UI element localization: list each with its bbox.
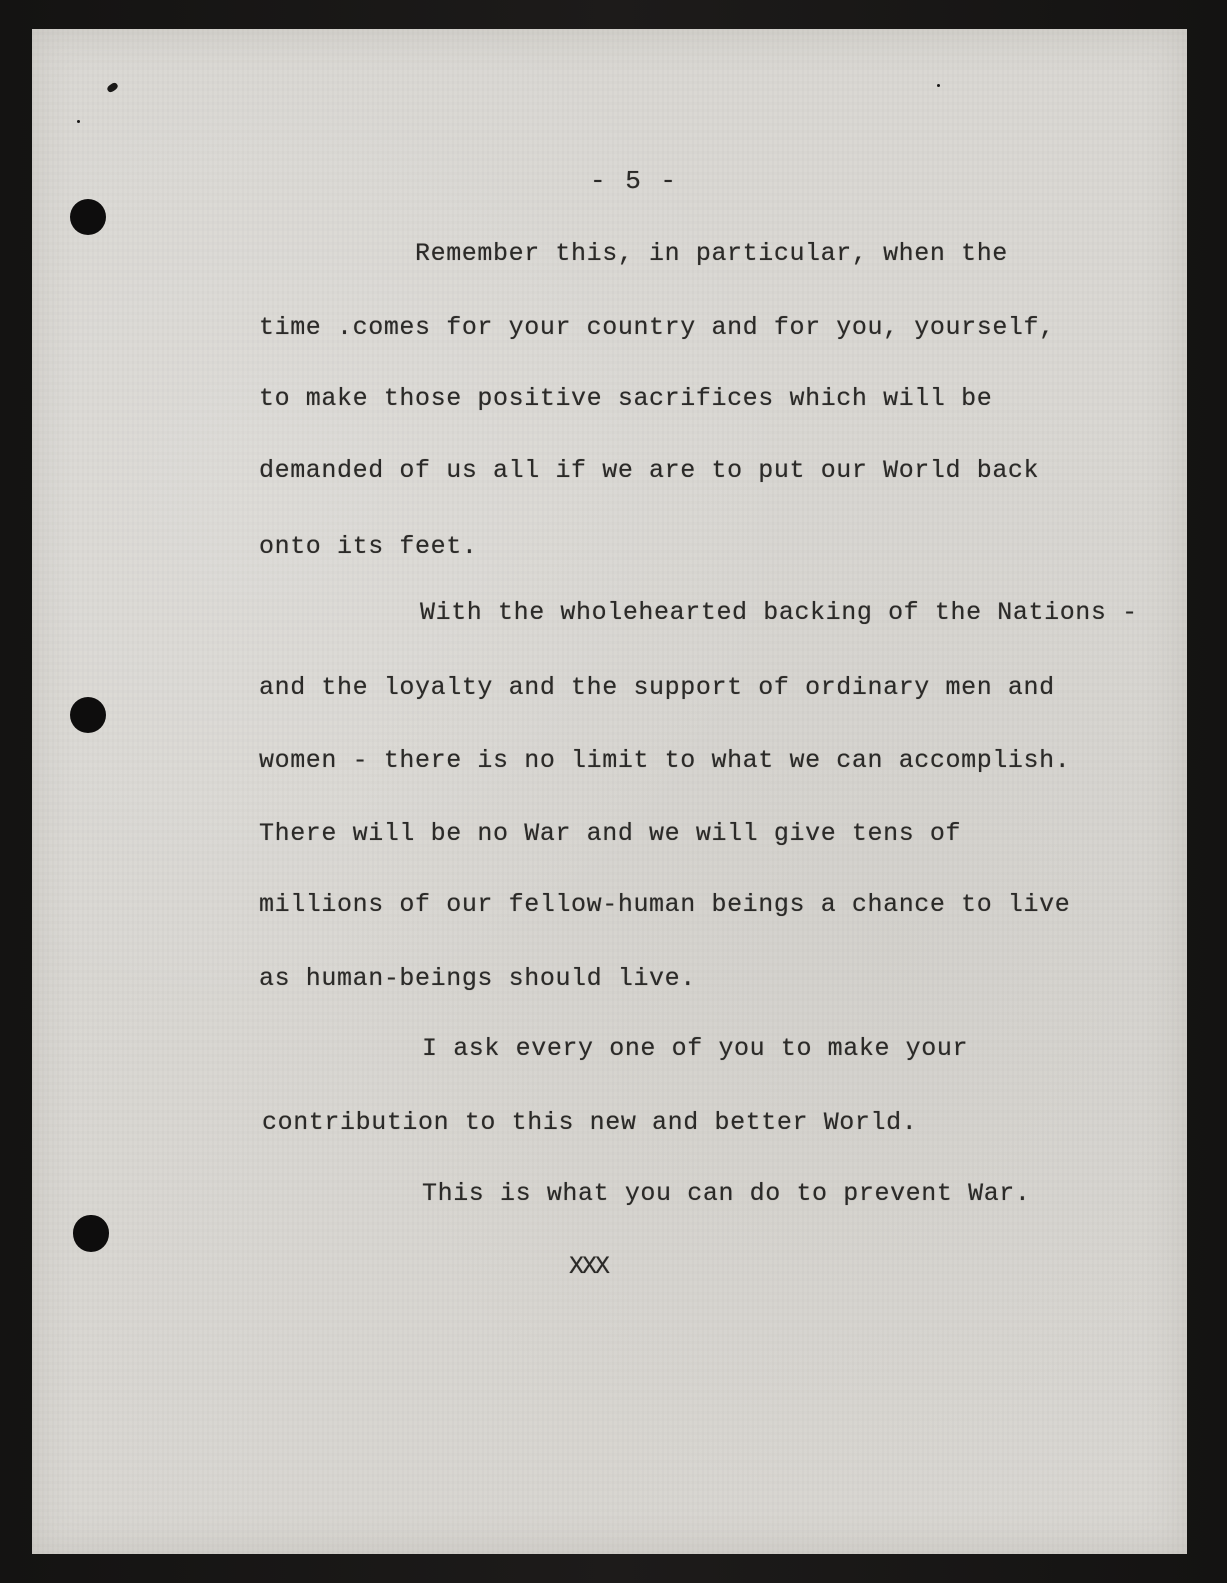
paragraph-1-line-2: time .comes for your country and for you…	[259, 315, 1055, 340]
paragraph-4-line-1: This is what you can do to prevent War.	[422, 1181, 1031, 1206]
paragraph-2-line-2: and the loyalty and the support of ordin…	[259, 675, 1055, 700]
paragraph-2-line-3: women - there is no limit to what we can…	[259, 748, 1070, 773]
paragraph-3-line-1: I ask every one of you to make your	[422, 1036, 968, 1061]
paragraph-2-line-4: There will be no War and we will give te…	[259, 821, 961, 846]
paragraph-2-line-1: With the wholehearted backing of the Nat…	[420, 600, 1138, 625]
paragraph-2-line-6: as human-beings should live.	[259, 966, 696, 991]
punch-hole-bottom	[73, 1215, 109, 1252]
paragraph-1-line-3: to make those positive sacrifices which …	[259, 386, 992, 411]
punch-hole-top	[70, 199, 106, 235]
ink-speck	[937, 84, 940, 87]
page-number: - 5 -	[590, 168, 678, 194]
paragraph-1-line-5: onto its feet.	[259, 534, 477, 559]
end-mark: XXX	[569, 1254, 608, 1279]
punch-hole-middle	[70, 697, 106, 733]
paragraph-1-line-4: demanded of us all if we are to put our …	[259, 458, 1039, 483]
paragraph-2-line-5: millions of our fellow-human beings a ch…	[259, 892, 1070, 917]
paragraph-1-line-1: Remember this, in particular, when the	[415, 241, 1008, 266]
ink-speck	[77, 120, 80, 123]
paragraph-3-line-2: contribution to this new and better Worl…	[262, 1110, 917, 1135]
